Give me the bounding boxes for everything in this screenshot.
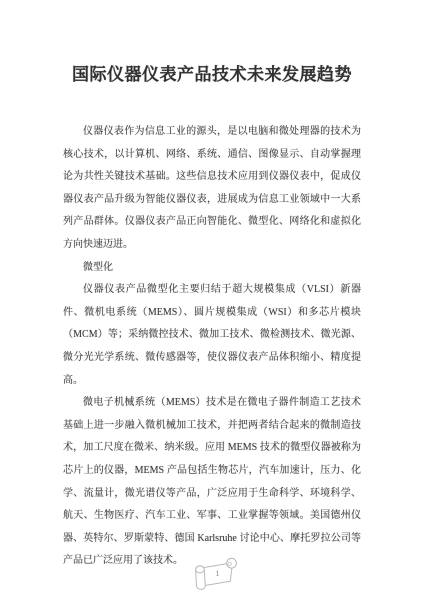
page-number: 1	[215, 568, 219, 578]
paragraph: 仪器仪表作为信息工业的源头，是以电脑和微处理器的技术为核心技术，以计算机、网络、…	[63, 121, 361, 257]
paragraph: 仪器仪表产品微型化主要归结于超大规模集成（VLSI）新器件、微机电系统（MEMS…	[63, 279, 361, 392]
doc-body: 仪器仪表作为信息工业的源头，是以电脑和微处理器的技术为核心技术，以计算机、网络、…	[63, 121, 361, 573]
section-heading: 微型化	[63, 257, 361, 280]
page-number-ornament: 1	[194, 555, 240, 595]
scroll-icon: 1	[194, 555, 240, 595]
document-page: 国际仪器仪表产品技术未来发展趋势 仪器仪表作为信息工业的源头，是以电脑和微处理器…	[0, 0, 424, 600]
paragraph: 微电子机械系统（MEMS）技术是在微电子器件制造工艺技术基础上进一步融入微机械加…	[63, 392, 361, 573]
document-title: 国际仪器仪表产品技术未来发展趋势	[0, 65, 424, 85]
